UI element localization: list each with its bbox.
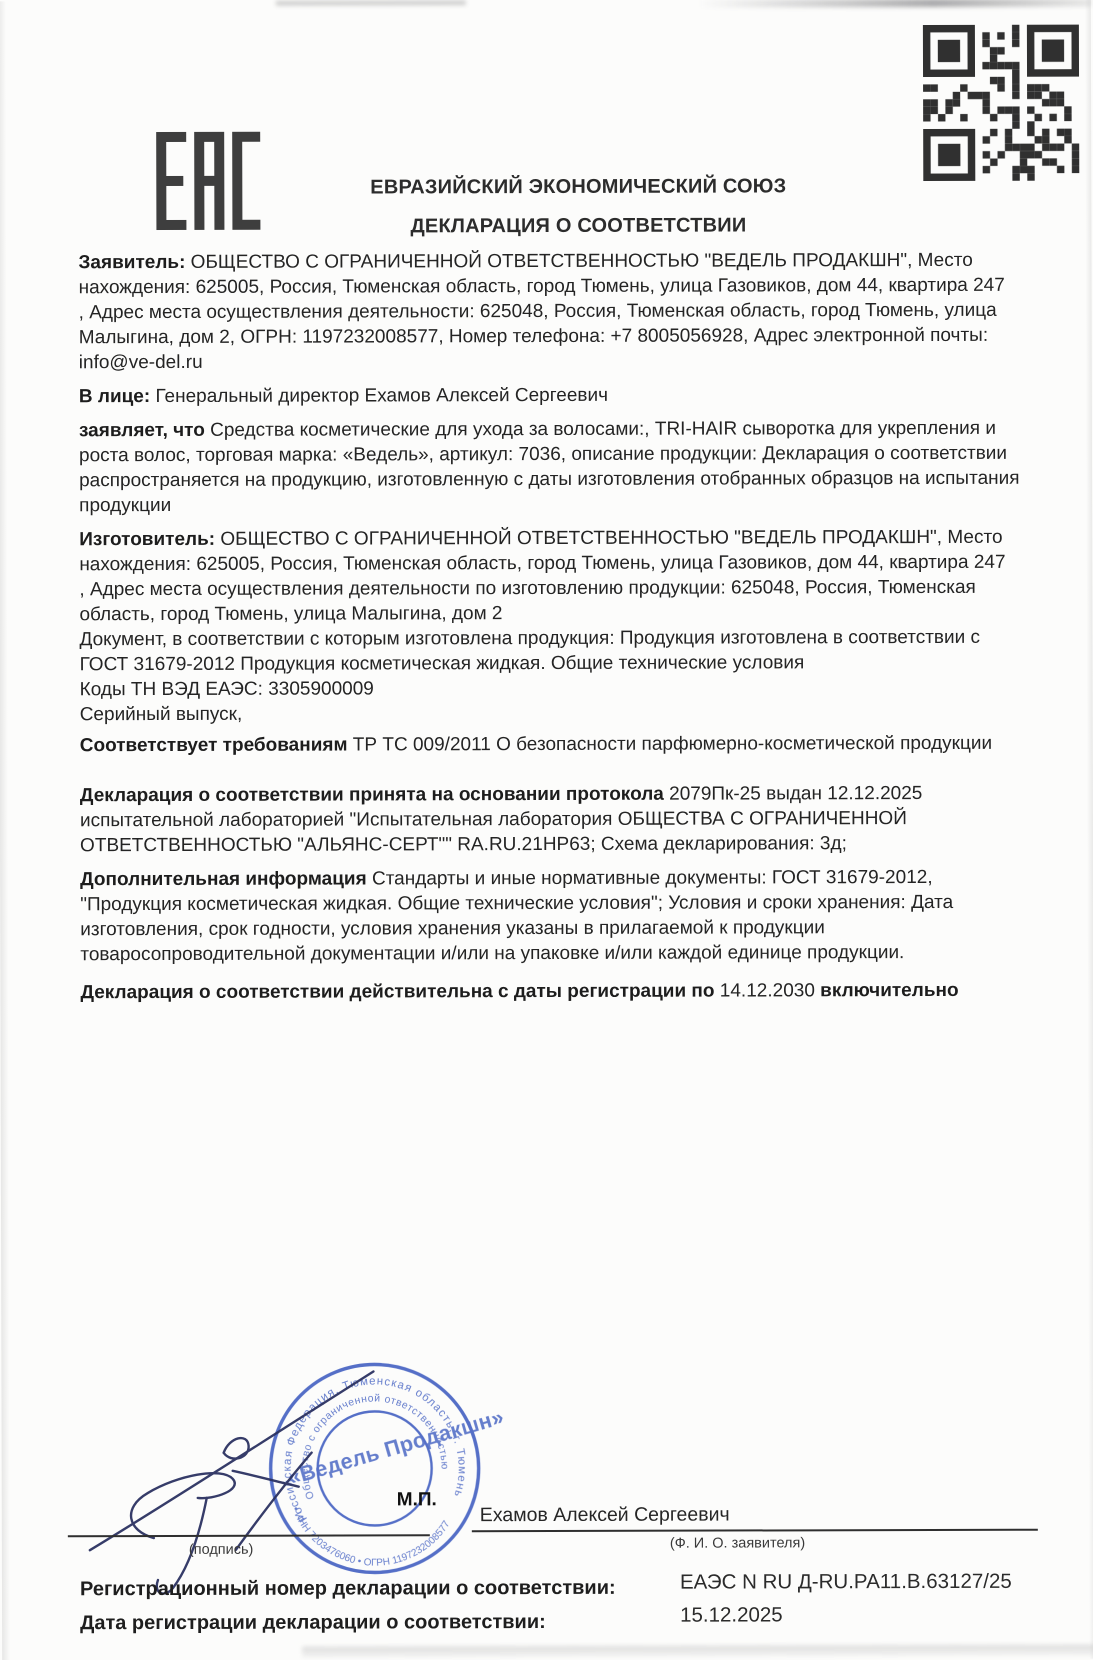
scanned-sheet: ЕВРАЗИЙСКИЙ ЭКОНОМИЧЕСКИЙ СОЮЗ ДЕКЛАРАЦИ… — [0, 0, 1093, 1660]
svg-text:Российская Федерация, Тюменска: Российская Федерация, Тюменская область,… — [281, 1375, 467, 1524]
svg-text:Общество с ограниченной ответс: Общество с ограниченной ответственностью — [299, 1393, 449, 1501]
paragraph: Дополнительная информация Стандарты и ин… — [80, 865, 1032, 967]
paragraph-lead: В лице: — [79, 386, 156, 407]
paragraph: Декларация о соответствии принята на осн… — [80, 781, 1032, 858]
paragraph-lead: Дополнительная информация — [80, 868, 372, 890]
stamp-inner-ring-text: Общество с ограниченной ответственностью — [299, 1393, 449, 1501]
name-line — [472, 1529, 1038, 1532]
eac-mark-icon — [156, 132, 260, 235]
paragraph-lead: Декларация о соответствии принята на осн… — [80, 784, 669, 807]
stamp-outer-circle — [270, 1364, 479, 1573]
scan-artifact — [698, 0, 1091, 8]
paragraph-lead: Декларация о соответствии действительна … — [80, 981, 719, 1004]
document-title: ДЕКЛАРАЦИЯ О СООТВЕТСТВИИ — [278, 214, 878, 239]
paragraph: Соответствует требованиям ТР ТС 009/2011… — [80, 731, 1032, 758]
declaration-document-page: ЕВРАЗИЙСКИЙ ЭКОНОМИЧЕСКИЙ СОЮЗ ДЕКЛАРАЦИ… — [0, 0, 1093, 1660]
signature-line — [68, 1534, 430, 1537]
stamp-outer-ring-text: Российская Федерация, Тюменская область,… — [281, 1375, 467, 1524]
paragraph-text: Средства косметические для ухода за воло… — [79, 418, 1025, 516]
stamp-inn-ogrn-text: • ИНН 7203476060 • ОГРН 1197232008577 — [289, 1505, 452, 1569]
paragraph: Изготовитель: ОБЩЕСТВО С ОГРАНИЧЕННОЙ ОТ… — [79, 525, 1031, 627]
paragraph-lead: заявляет, что — [79, 420, 210, 441]
paragraph: Коды ТН ВЭД ЕАЭС: 3305900009 — [80, 675, 1032, 702]
paragraph-text: Серийный выпуск, — [80, 704, 243, 725]
scan-edge-shadow — [0, 1, 10, 1660]
paragraph-lead: Заявитель: — [78, 252, 190, 273]
paragraphs-container: Заявитель: ОБЩЕСТВО С ОГРАНИЧЕННОЙ ОТВЕТ… — [78, 248, 1032, 1014]
paragraph-tail: включительно — [815, 980, 959, 1001]
registration-date-label: Дата регистрации декларации о соответств… — [80, 1611, 546, 1635]
paragraph-lead: Изготовитель: — [79, 529, 220, 550]
registration-number-value: ЕАЭС N RU Д-RU.РА11.В.63127/25 — [680, 1570, 1012, 1595]
paragraph: Документ, в соответствии с которым изгот… — [79, 625, 1031, 677]
paragraph-text: Документ, в соответствии с которым изгот… — [79, 627, 985, 675]
paragraph-text: ОБЩЕСТВО С ОГРАНИЧЕННОЙ ОТВЕТСТВЕННОСТЬЮ… — [79, 250, 1037, 373]
paragraph: В лице: Генеральный директор Ехамов Алек… — [79, 382, 1031, 409]
paragraph-text: 14.12.2030 — [720, 980, 815, 1001]
scan-artifact — [276, 0, 466, 5]
stamp-center-text: «Ведель Продакшн» — [285, 1405, 507, 1490]
paragraph: Заявитель: ОБЩЕСТВО С ОГРАНИЧЕННОЙ ОТВЕТ… — [78, 248, 1030, 375]
paragraph-lead: Соответствует требованиям — [80, 735, 353, 757]
paragraph: Серийный выпуск, — [80, 700, 1032, 727]
registration-number-label: Регистрационный номер декларации о соотв… — [80, 1577, 616, 1601]
signature-caption: (подпись) — [189, 1542, 254, 1558]
registration-date-value: 15.12.2025 — [680, 1603, 783, 1627]
paragraph: заявляет, что Средства косметические для… — [79, 416, 1031, 518]
paragraph-text: ТР ТС 009/2011 О безопасности парфюмерно… — [353, 733, 992, 756]
paragraph-text: ОБЩЕСТВО С ОГРАНИЧЕННОЙ ОТВЕТСТВЕННОСТЬЮ… — [79, 527, 1026, 625]
svg-text:• ИНН 7203476060 • ОГРН 119723: • ИНН 7203476060 • ОГРН 1197232008577 — [289, 1505, 452, 1569]
stamp-place-label: М.П. — [397, 1489, 437, 1511]
paragraph-text: Коды ТН ВЭД ЕАЭС: 3305900009 — [80, 678, 374, 700]
name-caption: (Ф. И. О. заявителя) — [670, 1535, 805, 1551]
scan-artifact — [302, 1645, 1093, 1658]
paragraph-text: Генеральный директор Ехамов Алексей Серг… — [155, 385, 608, 407]
union-title: ЕВРАЗИЙСКИЙ ЭКОНОМИЧЕСКИЙ СОЮЗ — [278, 175, 878, 200]
applicant-name: Ехамов Алексей Сергеевич — [480, 1504, 730, 1528]
paragraph: Декларация о соответствии действительна … — [80, 978, 1032, 1005]
document-header: ЕВРАЗИЙСКИЙ ЭКОНОМИЧЕСКИЙ СОЮЗ ДЕКЛАРАЦИ… — [278, 175, 878, 239]
qr-code-icon — [923, 25, 1079, 181]
scan-edge-shadow — [1085, 0, 1093, 1659]
